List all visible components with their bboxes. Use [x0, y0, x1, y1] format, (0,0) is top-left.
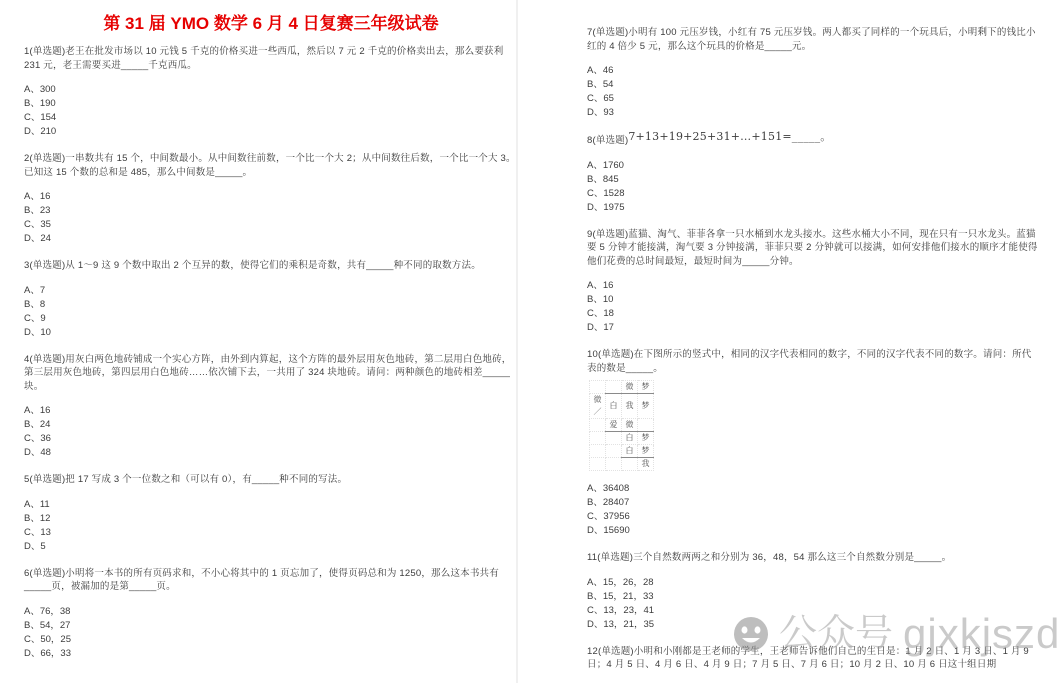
option-b: B、28407: [587, 496, 1040, 510]
option-a: A、15，26，28: [587, 576, 1040, 590]
question-2: 2(单选题)一串数共有 15 个，中间数最小。从中间数往前数，一个比一个大 2；…: [24, 152, 518, 246]
question-11-options: A、15，26，28 B、15，21，33 C、13，23，41 D、13，21…: [587, 576, 1040, 632]
question-7-options: A、46 B、54 C、65 D、93: [587, 64, 1040, 120]
question-8: 8(单选题)7+13+19+25+31+…+151=_____。 A、1760 …: [587, 133, 1040, 215]
division-cell: [622, 458, 638, 471]
option-a: A、1760: [587, 159, 1040, 173]
question-9: 9(单选题)蓝猫、淘气、菲菲各拿一只水桶到水龙头接水。这些水桶大小不同，现在只有…: [587, 228, 1040, 336]
right-column: 7(单选题)小明有 100 元压岁钱，小红有 75 元压岁钱。两人都买了同样的一…: [587, 26, 1040, 683]
question-8-options: A、1760 B、845 C、1528 D、1975: [587, 159, 1040, 215]
question-5: 5(单选题)把 17 写成 3 个一位数之和（可以有 0），有_____种不同的…: [24, 473, 518, 554]
option-d: D、48: [24, 446, 518, 460]
question-6-text: 6(单选题)小明将一本书的所有页码求和，不小心将其中的 1 页忘加了，使得页码总…: [24, 567, 518, 594]
question-3-options: A、7 B、8 C、9 D、10: [24, 284, 518, 340]
option-a: A、16: [24, 190, 518, 204]
option-d: D、5: [24, 540, 518, 554]
option-d: D、1975: [587, 201, 1040, 215]
division-cell: 梦: [638, 432, 654, 445]
division-cell: [606, 381, 622, 394]
question-6: 6(单选题)小明将一本书的所有页码求和，不小心将其中的 1 页忘加了，使得页码总…: [24, 567, 518, 661]
question-7: 7(单选题)小明有 100 元压岁钱，小红有 75 元压岁钱。两人都买了同样的一…: [587, 26, 1040, 120]
question-5-text: 5(单选题)把 17 写成 3 个一位数之和（可以有 0），有_____种不同的…: [24, 473, 518, 487]
division-row: 爱 微: [590, 419, 654, 432]
question-10-options: A、36408 B、28407 C、37956 D、15690: [587, 482, 1040, 538]
option-c: C、36: [24, 432, 518, 446]
option-a: A、16: [587, 279, 1040, 293]
division-cell: 白: [622, 432, 638, 445]
question-8-label: 8(单选题): [587, 135, 628, 146]
division-row: 我: [590, 458, 654, 471]
division-cell: 微／: [590, 394, 606, 419]
option-b: B、845: [587, 173, 1040, 187]
division-cell: 微: [622, 419, 638, 432]
division-cell: [590, 458, 606, 471]
division-cell: [606, 445, 622, 458]
question-4-text: 4(单选题)用灰白两色地砖铺成一个实心方阵，由外到内算起，这个方阵的最外层用灰色…: [24, 353, 518, 394]
question-12-text: 12(单选题)小明和小刚都是王老师的学生，王老师告诉他们自己的生日是：1 月 2…: [587, 645, 1040, 672]
option-d: D、66，33: [24, 647, 518, 661]
option-c: C、35: [24, 218, 518, 232]
option-d: D、24: [24, 232, 518, 246]
division-cell: 我: [622, 394, 638, 419]
division-row: 白 梦: [590, 432, 654, 445]
option-d: D、93: [587, 106, 1040, 120]
question-9-options: A、16 B、10 C、18 D、17: [587, 279, 1040, 335]
division-cell: [606, 432, 622, 445]
option-c: C、154: [24, 111, 518, 125]
division-row: 白 梦: [590, 445, 654, 458]
column-divider: [516, 0, 518, 683]
option-b: B、24: [24, 418, 518, 432]
option-c: C、13，23，41: [587, 604, 1040, 618]
option-d: D、15690: [587, 524, 1040, 538]
option-c: C、1528: [587, 187, 1040, 201]
question-3-text: 3(单选题)从 1～9 这 9 个数中取出 2 个互异的数，使得它们的乘积是奇数…: [24, 259, 518, 273]
question-5-options: A、11 B、12 C、13 D、5: [24, 498, 518, 554]
division-row: 微 梦: [590, 381, 654, 394]
division-cell: [590, 445, 606, 458]
option-a: A、300: [24, 83, 518, 97]
option-d: D、10: [24, 326, 518, 340]
question-1-text: 1(单选题)老王在批发市场以 10 元钱 5 千克的价格买进一些西瓜，然后以 7…: [24, 45, 518, 72]
question-2-options: A、16 B、23 C、35 D、24: [24, 190, 518, 246]
question-11: 11(单选题)三个自然数两两之和分别为 36，48，54 那么这三个自然数分别是…: [587, 551, 1040, 632]
option-b: B、190: [24, 97, 518, 111]
left-column: 第 31 届 YMO 数学 6 月 4 日复赛三年级试卷 1(单选题)老王在批发…: [24, 12, 518, 674]
division-cell: 微: [622, 381, 638, 394]
question-2-text: 2(单选题)一串数共有 15 个，中间数最小。从中间数往前数，一个比一个大 2；…: [24, 152, 518, 179]
option-c: C、13: [24, 526, 518, 540]
division-cell: 梦: [638, 445, 654, 458]
division-cell: [590, 381, 606, 394]
option-c: C、18: [587, 307, 1040, 321]
option-b: B、54，27: [24, 619, 518, 633]
division-cell: 梦: [638, 381, 654, 394]
question-1: 1(单选题)老王在批发市场以 10 元钱 5 千克的价格买进一些西瓜，然后以 7…: [24, 45, 518, 139]
option-c: C、50，25: [24, 633, 518, 647]
option-b: B、54: [587, 78, 1040, 92]
question-7-text: 7(单选题)小明有 100 元压岁钱，小红有 75 元压岁钱。两人都买了同样的一…: [587, 26, 1040, 53]
division-cell: 白: [606, 394, 622, 419]
option-a: A、7: [24, 284, 518, 298]
option-a: A、46: [587, 64, 1040, 78]
option-a: A、11: [24, 498, 518, 512]
division-cell: [606, 458, 622, 471]
exam-title: 第 31 届 YMO 数学 6 月 4 日复赛三年级试卷: [24, 12, 518, 36]
question-4-options: A、16 B、24 C、36 D、48: [24, 404, 518, 460]
division-cell: 白: [622, 445, 638, 458]
option-c: C、37956: [587, 510, 1040, 524]
question-6-options: A、76，38 B、54，27 C、50，25 D、66，33: [24, 605, 518, 661]
question-4: 4(单选题)用灰白两色地砖铺成一个实心方阵，由外到内算起，这个方阵的最外层用灰色…: [24, 353, 518, 461]
division-cell: 爱: [606, 419, 622, 432]
option-a: A、16: [24, 404, 518, 418]
division-cell: [590, 432, 606, 445]
option-a: A、76，38: [24, 605, 518, 619]
question-8-text: 8(单选题)7+13+19+25+31+…+151=_____。: [587, 133, 1040, 148]
question-9-text: 9(单选题)蓝猫、淘气、菲菲各拿一只水桶到水龙头接水。这些水桶大小不同，现在只有…: [587, 228, 1040, 269]
option-d: D、17: [587, 321, 1040, 335]
division-cell: [590, 419, 606, 432]
option-b: B、15，21，33: [587, 590, 1040, 604]
option-d: D、13，21，35: [587, 618, 1040, 632]
question-10: 10(单选题)在下图所示的竖式中，相同的汉字代表相同的数字，不同的汉字代表不同的…: [587, 348, 1040, 538]
question-8-formula: 7+13+19+25+31+…+151=_____。: [628, 130, 831, 143]
option-a: A、36408: [587, 482, 1040, 496]
question-1-options: A、300 B、190 C、154 D、210: [24, 83, 518, 139]
division-cell: [638, 419, 654, 432]
question-12: 12(单选题)小明和小刚都是王老师的学生，王老师告诉他们自己的生日是：1 月 2…: [587, 645, 1040, 672]
option-c: C、65: [587, 92, 1040, 106]
division-cell: 梦: [638, 394, 654, 419]
option-b: B、23: [24, 204, 518, 218]
option-d: D、210: [24, 125, 518, 139]
question-10-text: 10(单选题)在下图所示的竖式中，相同的汉字代表相同的数字，不同的汉字代表不同的…: [587, 348, 1040, 375]
question-11-text: 11(单选题)三个自然数两两之和分别为 36，48，54 那么这三个自然数分别是…: [587, 551, 1040, 565]
division-cell: 我: [638, 458, 654, 471]
division-row: 微／ 白 我 梦: [590, 394, 654, 419]
option-c: C、9: [24, 312, 518, 326]
question-3: 3(单选题)从 1～9 这 9 个数中取出 2 个互异的数，使得它们的乘积是奇数…: [24, 259, 518, 340]
option-b: B、10: [587, 293, 1040, 307]
option-b: B、8: [24, 298, 518, 312]
option-b: B、12: [24, 512, 518, 526]
exam-document-page: 第 31 届 YMO 数学 6 月 4 日复赛三年级试卷 1(单选题)老王在批发…: [0, 0, 1060, 683]
long-division-diagram: 微 梦 微／ 白 我 梦 爱 微 白: [589, 380, 654, 471]
